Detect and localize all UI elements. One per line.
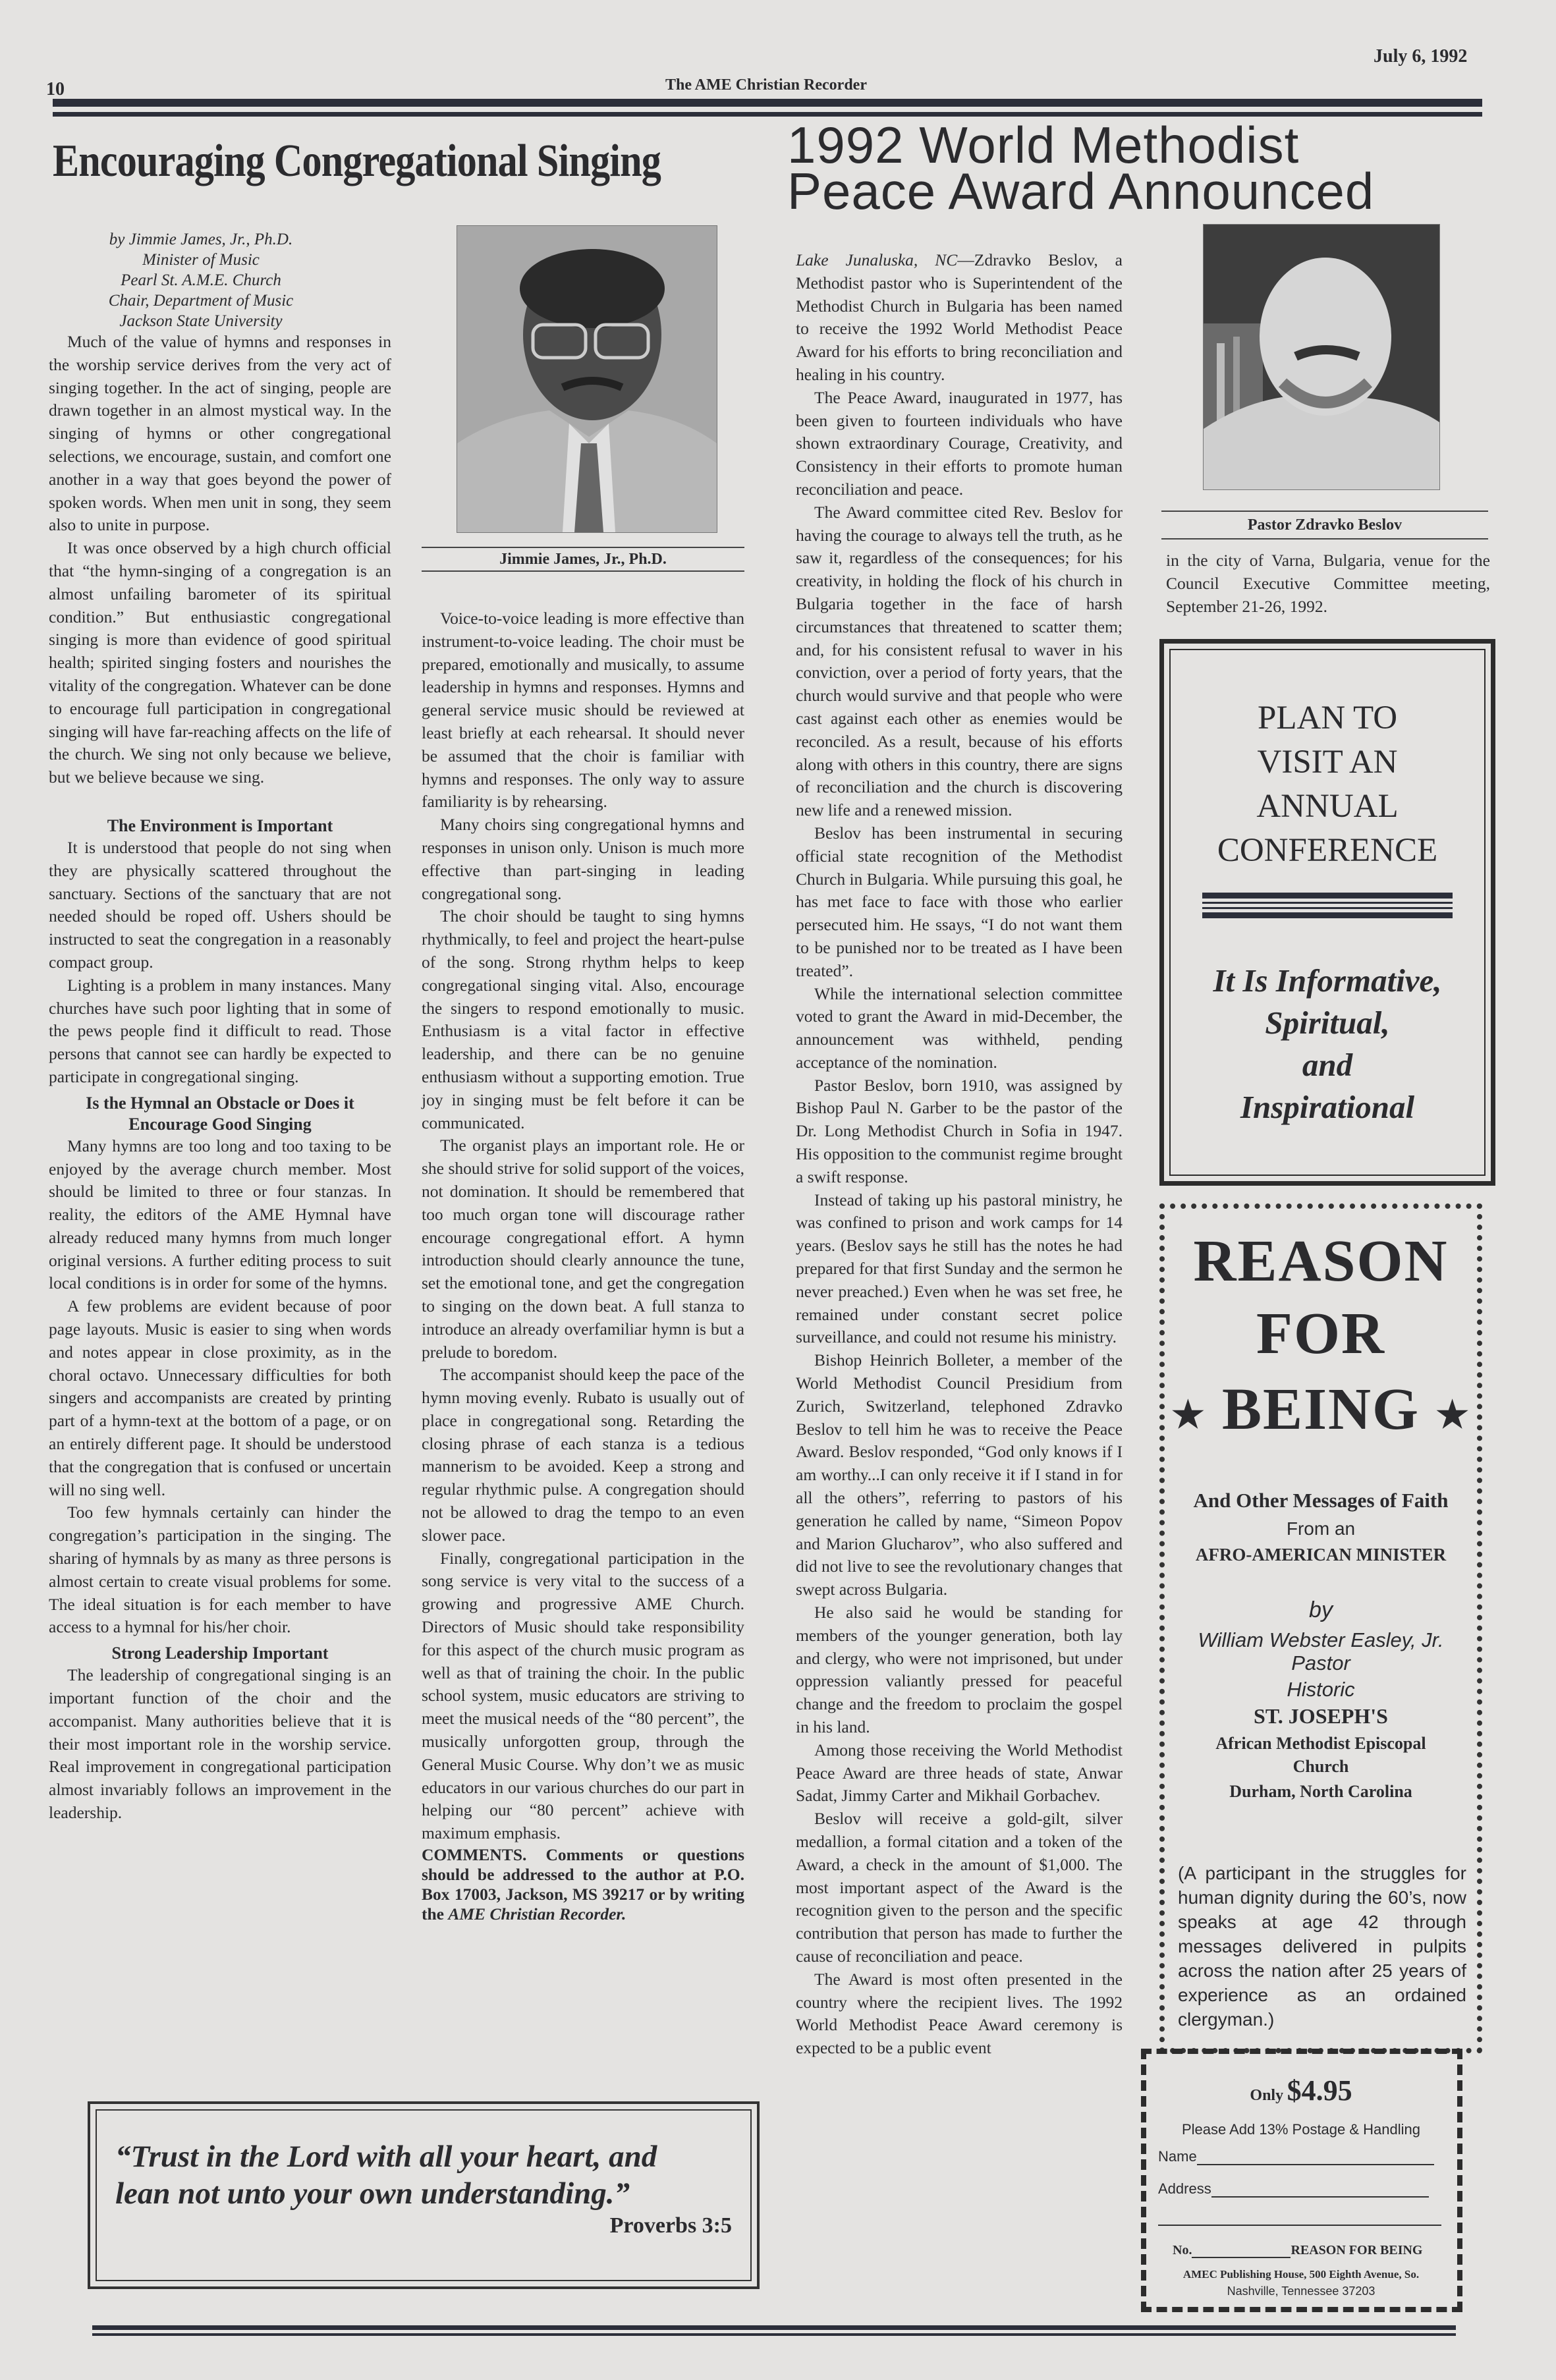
author-byline: by Jimmie James, Jr., Ph.D. Minister of …: [59, 229, 343, 331]
publisher-address: AMEC Publishing House, 500 Eighth Avenue…: [1158, 2268, 1444, 2281]
headline-congregational-singing: Encouraging Congregational Singing: [53, 135, 661, 188]
paragraph: Lighting is a problem in many instances.…: [49, 974, 391, 1089]
subheading: The Environment is Important: [49, 816, 391, 837]
paragraph: It was once observed by a high church of…: [49, 537, 391, 789]
book-title-line: ★ BEING ★: [1165, 1377, 1477, 1448]
star-icon: ★: [1436, 1395, 1470, 1435]
subheading: Strong Leadership Important: [49, 1643, 391, 1664]
paragraph: Pastor Beslov, born 1910, was assigned b…: [796, 1074, 1123, 1189]
paragraph: Many hymns are too long and too taxing t…: [49, 1135, 391, 1296]
church-label: Church: [1165, 1757, 1477, 1777]
photo-caption-jimmie-james: Jimmie James, Jr., Ph.D.: [422, 547, 744, 572]
photo-caption-zdravko-beslov: Pastor Zdravko Beslov: [1161, 511, 1488, 540]
book-title-order: REASON FOR BEING: [1291, 2243, 1422, 2257]
paragraph: The leadership of congregational singing…: [49, 1664, 391, 1825]
paragraph: The accompanist should keep the pace of …: [422, 1364, 744, 1547]
article-continuation: in the city of Varna, Bulgaria, venue fo…: [1166, 549, 1490, 618]
portrait-photo-jimmie-james: [457, 225, 717, 533]
historic-label: Historic: [1165, 1678, 1477, 1702]
postage-note: Please Add 13% Postage & Handling: [1158, 2121, 1444, 2138]
paragraph: The Peace Award, inaugurated in 1977, ha…: [796, 387, 1123, 501]
byline-line: Jackson State University: [59, 311, 343, 331]
headline-peace-award: 1992 World Methodist Peace Award Announc…: [787, 122, 1374, 214]
order-form-coupon: Only $4.95 Please Add 13% Postage & Hand…: [1141, 2049, 1462, 2312]
paragraph: Finally, congregational participation in…: [422, 1547, 744, 1845]
book-subtitle: And Other Messages of Faith: [1165, 1489, 1477, 1512]
dateline: Lake Junaluska, NC: [796, 250, 957, 269]
church-location: Durham, North Carolina: [1165, 1782, 1477, 1802]
price-line: Only $4.95: [1158, 2074, 1444, 2107]
star-icon: ★: [1171, 1395, 1206, 1435]
book-title-line: REASON: [1165, 1229, 1477, 1294]
page-number: 10: [46, 79, 65, 100]
book-title-line: FOR: [1165, 1301, 1477, 1367]
byline-line: Pearl St. A.M.E. Church: [59, 270, 343, 291]
article-column-3: Lake Junaluska, NC—Zdravko Beslov, a Met…: [796, 249, 1123, 2060]
scripture-quote: “Trust in the Lord with all your heart, …: [115, 2138, 715, 2212]
reason-for-being-book-ad: REASON FOR ★ BEING ★ And Other Messages …: [1159, 1204, 1482, 2053]
paragraph: Too few hymnals certainly can hinder the…: [49, 1501, 391, 1639]
paragraph: It is understood that people do not sing…: [49, 837, 391, 974]
paragraph: The organist plays an important role. He…: [422, 1134, 744, 1364]
paragraph: Among those receiving the World Methodis…: [796, 1739, 1123, 1808]
author-role: Pastor: [1165, 1651, 1477, 1675]
from-label: From an: [1165, 1518, 1477, 1539]
paragraph: Instead of taking up his pastoral minist…: [796, 1189, 1123, 1350]
paragraph: Beslov has been instrumental in securing…: [796, 822, 1123, 983]
issue-date: July 6, 1992: [1374, 46, 1467, 67]
byline-line: Chair, Department of Music: [59, 291, 343, 311]
author-name: William Webster Easley, Jr.: [1165, 1628, 1477, 1652]
paragraph: in the city of Varna, Bulgaria, venue fo…: [1166, 549, 1490, 618]
author-description: (A participant in the struggles for huma…: [1178, 1861, 1466, 2032]
paragraph: The Award is most often presented in the…: [796, 1968, 1123, 2060]
publication-name: The AME Christian Recorder: [665, 76, 867, 94]
ad-headline: PLAN TO VISIT AN ANNUAL CONFERENCE: [1164, 696, 1491, 873]
paragraph: The choir should be taught to sing hymns…: [422, 905, 744, 1134]
paragraph: Bishop Heinrich Bolleter, a member of th…: [796, 1349, 1123, 1601]
paragraph: A few problems are evident because of po…: [49, 1295, 391, 1501]
subheading: Is the Hymnal an Obstacle or Does it Enc…: [49, 1093, 391, 1135]
paragraph: Many choirs sing congregational hymns an…: [422, 814, 744, 905]
address-field[interactable]: Address: [1158, 2180, 1444, 2198]
quantity-field[interactable]: No.REASON FOR BEING: [1173, 2243, 1444, 2258]
byline-line: Minister of Music: [59, 250, 343, 270]
portrait-photo-icon: [1204, 225, 1439, 489]
paragraph: Voice-to-voice leading is more effective…: [422, 607, 744, 814]
name-field[interactable]: Name: [1158, 2148, 1444, 2165]
author-contact-note: COMMENTS. Comments or questions should b…: [422, 1845, 744, 1924]
publisher-city: Nashville, Tennessee 37203: [1158, 2284, 1444, 2298]
portrait-photo-icon: [457, 226, 717, 532]
church-denomination: African Methodist Episcopal: [1165, 1734, 1477, 1754]
church-name: ST. JOSEPH'S: [1165, 1704, 1477, 1729]
byline-line: by Jimmie James, Jr., Ph.D.: [59, 229, 343, 250]
article-column-2: Voice-to-voice leading is more effective…: [422, 607, 744, 1924]
paragraph: While the international selection commit…: [796, 983, 1123, 1074]
annual-conference-ad: PLAN TO VISIT AN ANNUAL CONFERENCE It Is…: [1159, 639, 1495, 1186]
minister-label: AFRO-AMERICAN MINISTER: [1165, 1545, 1477, 1565]
scripture-quote-box: “Trust in the Lord with all your heart, …: [88, 2101, 760, 2289]
ad-tagline: It Is Informative, Spiritual, and Inspir…: [1164, 960, 1491, 1128]
paragraph: Much of the value of hymns and responses…: [49, 331, 391, 537]
paragraph: He also said he would be standing for me…: [796, 1601, 1123, 1739]
footer-rule: [92, 2325, 1456, 2338]
article-column-1: Much of the value of hymns and responses…: [49, 331, 391, 1825]
scripture-citation: Proverbs 3:5: [610, 2213, 732, 2238]
price: $4.95: [1287, 2074, 1352, 2107]
portrait-photo-zdravko-beslov: [1203, 224, 1440, 490]
paragraph: Beslov will receive a gold-gilt, silver …: [796, 1808, 1123, 1968]
paragraph: The Award committee cited Rev. Beslov fo…: [796, 501, 1123, 822]
by-label: by: [1165, 1597, 1477, 1623]
decorative-rule: [1202, 893, 1453, 922]
address-field-line-2[interactable]: [1158, 2209, 1444, 2226]
paragraph: Lake Junaluska, NC—Zdravko Beslov, a Met…: [796, 249, 1123, 387]
